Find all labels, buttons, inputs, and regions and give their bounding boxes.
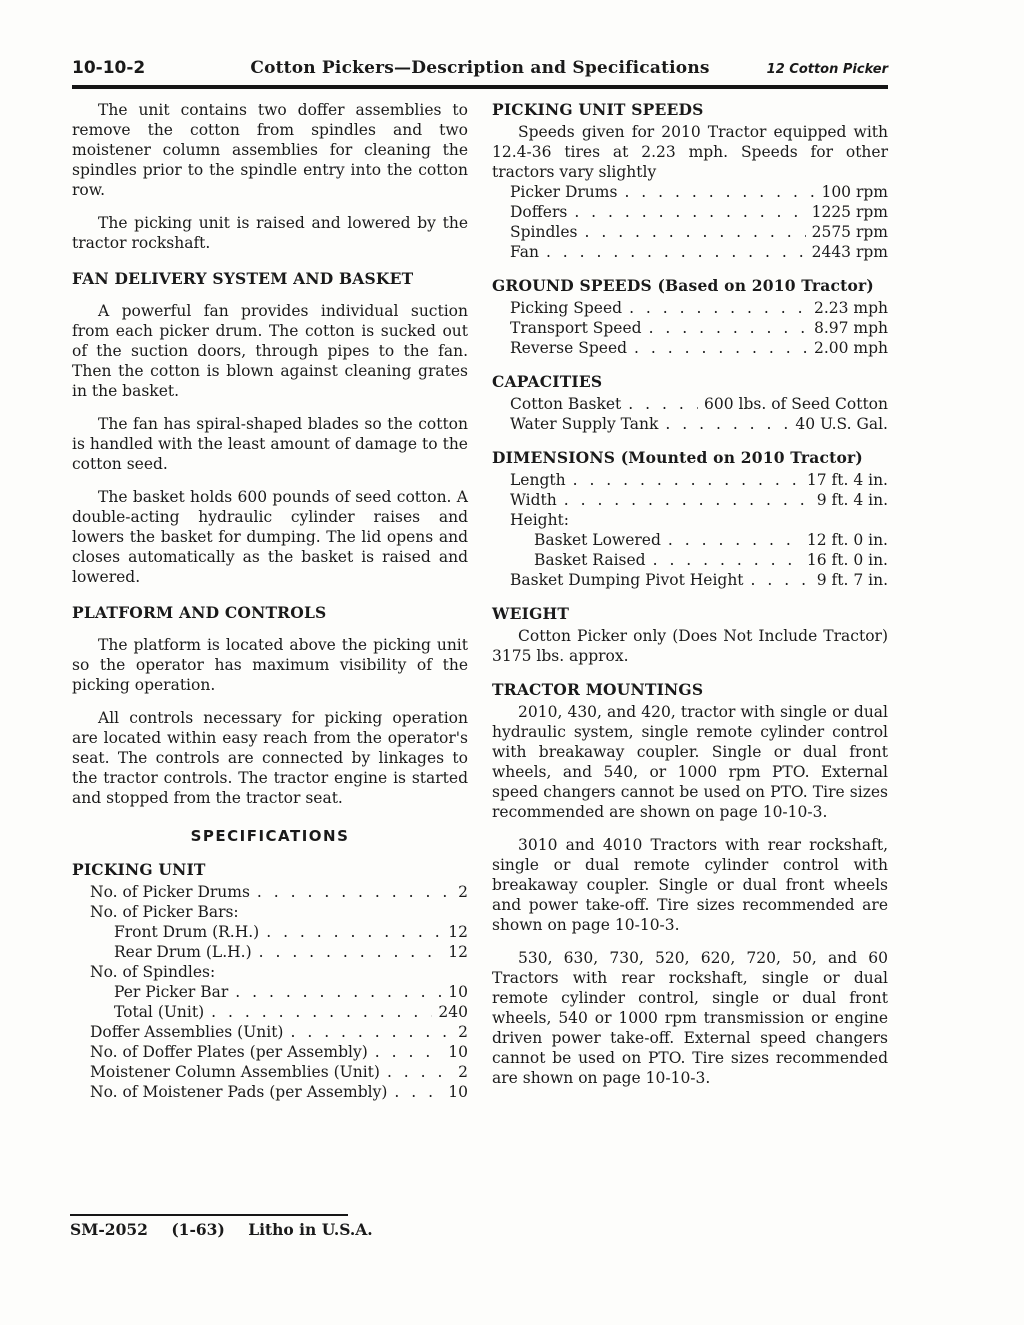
spec-label: Moistener Column Assemblies (Unit) [90, 1062, 380, 1082]
paragraph: Cotton Picker only (Does Not Include Tra… [492, 626, 888, 666]
paragraph: 3010 and 4010 Tractors with rear rocksha… [492, 835, 888, 935]
spec-list: Picking Speed2.23 mphTransport Speed8.97… [492, 298, 888, 358]
spec-label: Transport Speed [510, 318, 642, 338]
spec-row: Total (Unit)240 [72, 1002, 468, 1022]
spec-value: 2.00 mph [814, 338, 888, 358]
dot-leader [629, 298, 808, 318]
spec-label: Cotton Basket [510, 394, 621, 414]
spec-row: Rear Drum (L.H.)12 [72, 942, 468, 962]
page-title: Cotton Pickers—Description and Specifica… [250, 58, 709, 78]
spec-row: Width9 ft. 4 in. [492, 490, 888, 510]
spec-label: Picking Speed [510, 298, 622, 318]
spec-value: 8.97 mph [814, 318, 888, 338]
spec-label: Length [510, 470, 566, 490]
spec-value: 1225 rpm [812, 202, 888, 222]
spec-row: Moistener Column Assemblies (Unit)2 [72, 1062, 468, 1082]
spec-list: No. of Picker Drums2No. of Picker Bars:F… [72, 882, 468, 1102]
dot-leader [751, 570, 811, 590]
paragraph: The unit contains two doffer assemblies … [72, 100, 468, 200]
spec-value: 16 ft. 0 in. [807, 550, 888, 570]
section-heading: PICKING UNIT SPEEDS [492, 100, 888, 120]
page-number: 10-10-2 [72, 58, 145, 78]
spec-label: Reverse Speed [510, 338, 627, 358]
spec-value: 600 lbs. of Seed Cotton [704, 394, 888, 414]
spec-value: 2575 rpm [812, 222, 888, 242]
document-page: 10-10-2 Cotton Pickers—Description and S… [0, 0, 1024, 1325]
page-header: 10-10-2 Cotton Pickers—Description and S… [72, 58, 888, 89]
spec-value: 9 ft. 4 in. [817, 490, 888, 510]
paragraph: All controls necessary for picking opera… [72, 708, 468, 808]
dot-leader [634, 338, 808, 358]
section-heading: CAPACITIES [492, 372, 888, 392]
section-heading: PICKING UNIT [72, 860, 468, 880]
dot-leader [564, 490, 811, 510]
spec-label: Width [510, 490, 557, 510]
spec-row: Per Picker Bar10 [72, 982, 468, 1002]
date-code: (1-63) [171, 1220, 224, 1239]
spec-label: Front Drum (R.H.) [114, 922, 259, 942]
spec-row: Doffers1225 rpm [492, 202, 888, 222]
spec-row: Picking Speed2.23 mph [492, 298, 888, 318]
spec-label: No. of Picker Drums [90, 882, 250, 902]
dot-leader [628, 394, 698, 414]
paragraph: A powerful fan provides individual sucti… [72, 301, 468, 401]
spec-value: 17 ft. 4 in. [807, 470, 888, 490]
spec-row: Basket Raised16 ft. 0 in. [492, 550, 888, 570]
spec-row: Height: [492, 510, 888, 530]
dot-leader [574, 202, 805, 222]
spec-label: Doffer Assemblies (Unit) [90, 1022, 283, 1042]
paragraph: The fan has spiral-shaped blades so the … [72, 414, 468, 474]
spec-value: 100 rpm [821, 182, 888, 202]
spec-label: No. of Spindles: [90, 962, 215, 982]
spec-value: 10 [448, 1042, 468, 1062]
spec-value: 40 U.S. Gal. [795, 414, 888, 434]
dot-leader [235, 982, 442, 1002]
dot-leader [259, 942, 443, 962]
spec-row: Fan2443 rpm [492, 242, 888, 262]
spec-row: Reverse Speed2.00 mph [492, 338, 888, 358]
paragraph: 530, 630, 730, 520, 620, 720, 50, and 60… [492, 948, 888, 1088]
spec-label: Basket Dumping Pivot Height [510, 570, 744, 590]
spec-row: No. of Picker Bars: [72, 902, 468, 922]
page-footer: SM-2052 (1-63) Litho in U.S.A. [70, 1214, 348, 1239]
spec-row: Basket Lowered12 ft. 0 in. [492, 530, 888, 550]
spec-label: No. of Doffer Plates (per Assembly) [90, 1042, 368, 1062]
spec-value: 9 ft. 7 in. [817, 570, 888, 590]
dot-leader [394, 1082, 442, 1102]
section-heading: GROUND SPEEDS (Based on 2010 Tractor) [492, 276, 888, 296]
spec-value: 2 [458, 882, 468, 902]
paragraph: 2010, 430, and 420, tractor with single … [492, 702, 888, 822]
dot-leader [546, 242, 806, 262]
spec-row: No. of Moistener Pads (per Assembly)10 [72, 1082, 468, 1102]
spec-label: Spindles [510, 222, 578, 242]
section-heading: WEIGHT [492, 604, 888, 624]
section-heading: DIMENSIONS (Mounted on 2010 Tractor) [492, 448, 888, 468]
dot-leader [573, 470, 801, 490]
spec-row: Cotton Basket600 lbs. of Seed Cotton [492, 394, 888, 414]
spec-value: 2 [458, 1062, 468, 1082]
spec-list: Picker Drums100 rpmDoffers1225 rpmSpindl… [492, 182, 888, 262]
spec-row: Water Supply Tank40 U.S. Gal. [492, 414, 888, 434]
spec-label: No. of Picker Bars: [90, 902, 239, 922]
spec-label: Basket Raised [534, 550, 646, 570]
spec-list: Length17 ft. 4 in.Width9 ft. 4 in.Height… [492, 470, 888, 590]
spec-label: Basket Lowered [534, 530, 661, 550]
dot-leader [665, 414, 789, 434]
section-heading: TRACTOR MOUNTINGS [492, 680, 888, 700]
dot-leader [211, 1002, 432, 1022]
spec-label: No. of Moistener Pads (per Assembly) [90, 1082, 387, 1102]
spec-value: 2443 rpm [812, 242, 888, 262]
dot-leader [257, 882, 452, 902]
paragraph: The picking unit is raised and lowered b… [72, 213, 468, 253]
spec-row: Basket Dumping Pivot Height9 ft. 7 in. [492, 570, 888, 590]
spec-value: 2.23 mph [814, 298, 888, 318]
spec-row: No. of Picker Drums2 [72, 882, 468, 902]
spec-value: 10 [448, 1082, 468, 1102]
spec-value: 12 ft. 0 in. [807, 530, 888, 550]
content-columns: The unit contains two doffer assemblies … [72, 100, 888, 1102]
spec-label: Doffers [510, 202, 567, 222]
spec-row: Transport Speed8.97 mph [492, 318, 888, 338]
right-column: PICKING UNIT SPEEDSSpeeds given for 2010… [492, 100, 888, 1102]
dot-leader [624, 182, 815, 202]
spec-row: Spindles2575 rpm [492, 222, 888, 242]
spec-row: Length17 ft. 4 in. [492, 470, 888, 490]
spec-label: Rear Drum (L.H.) [114, 942, 252, 962]
dot-leader [387, 1062, 452, 1082]
spec-list: Cotton Basket600 lbs. of Seed CottonWate… [492, 394, 888, 434]
dot-leader [649, 318, 808, 338]
specifications-heading: SPECIFICATIONS [72, 826, 468, 846]
spec-value: 10 [448, 982, 468, 1002]
doc-number: SM-2052 [70, 1220, 148, 1239]
litho-note: Litho in U.S.A. [248, 1220, 372, 1239]
spec-row: Picker Drums100 rpm [492, 182, 888, 202]
spec-label: Fan [510, 242, 539, 262]
spec-label: Per Picker Bar [114, 982, 228, 1002]
spec-value: 12 [448, 942, 468, 962]
section-heading: FAN DELIVERY SYSTEM AND BASKET [72, 269, 468, 289]
dot-leader [375, 1042, 442, 1062]
paragraph: The platform is located above the pickin… [72, 635, 468, 695]
spec-row: Front Drum (R.H.)12 [72, 922, 468, 942]
dot-leader [585, 222, 806, 242]
spec-label: Picker Drums [510, 182, 617, 202]
spec-value: 240 [438, 1002, 468, 1022]
paragraph: The basket holds 600 pounds of seed cott… [72, 487, 468, 587]
dot-leader [290, 1022, 452, 1042]
spec-value: 2 [458, 1022, 468, 1042]
chapter-label: 12 Cotton Picker [767, 62, 888, 77]
spec-label: Height: [510, 510, 569, 530]
dot-leader [266, 922, 442, 942]
spec-label: Water Supply Tank [510, 414, 658, 434]
spec-value: 12 [448, 922, 468, 942]
spec-label: Total (Unit) [114, 1002, 204, 1022]
spec-row: Doffer Assemblies (Unit)2 [72, 1022, 468, 1042]
spec-row: No. of Spindles: [72, 962, 468, 982]
paragraph: Speeds given for 2010 Tractor equipped w… [492, 122, 888, 182]
dot-leader [668, 530, 801, 550]
dot-leader [653, 550, 801, 570]
left-column: The unit contains two doffer assemblies … [72, 100, 468, 1102]
section-heading: PLATFORM AND CONTROLS [72, 603, 468, 623]
spec-row: No. of Doffer Plates (per Assembly)10 [72, 1042, 468, 1062]
